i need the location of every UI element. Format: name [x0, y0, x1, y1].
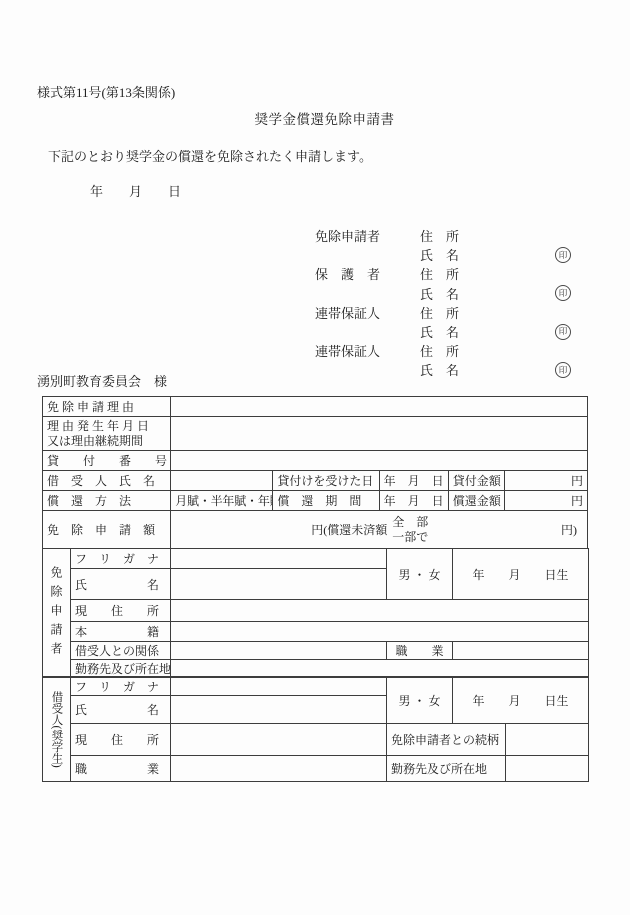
applicant-domicile-label: 本 籍 — [71, 622, 171, 642]
exemption-amount-suffix: 円) — [561, 521, 583, 538]
seal-char: 印 — [559, 251, 568, 260]
borrower-occupation-blank-cell — [171, 756, 387, 782]
signature-field-label: 氏 名 — [420, 322, 555, 341]
signature-field-label: 住 所 — [420, 264, 571, 283]
repayment-method-options: 月賦・半年賦・年賦 — [171, 491, 273, 511]
signature-field-label: 氏 名 — [420, 284, 555, 303]
applicant-name-blank-cell — [171, 569, 387, 600]
borrower-address-blank-cell — [171, 724, 387, 756]
applicant-birth-label: 年 月 日生 — [453, 549, 589, 600]
applicant-occupation-blank-cell — [453, 642, 589, 660]
borrower-address-label: 現 住 所 — [71, 724, 171, 756]
applicant-address-blank-cell — [171, 600, 589, 622]
borrower-relation-label: 免除申請者との続柄 — [387, 724, 506, 756]
reason-date-label-line1: 理 由 発 生 年 月 日 — [47, 419, 166, 434]
signature-row: 連帯保証人 住 所 — [315, 341, 571, 360]
exemption-amount-prefix: 円(償還未済額 — [311, 521, 387, 538]
signature-row: 氏 名 印 — [315, 284, 571, 303]
borrower-birth-label: 年 月 日生 — [453, 677, 589, 724]
signatory-label: 免除申請者 — [315, 226, 420, 245]
repayment-period-ymd: 年 月 日 — [379, 491, 448, 511]
applicant-address-label: 現 住 所 — [71, 600, 171, 622]
reason-date-label-line2: 又は理由継続期間 — [47, 434, 166, 449]
applicant-table: 免除申請者 フ リ ガ ナ 男 ・ 女 年 月 日生 氏 名 現 住 所 本 籍… — [42, 548, 589, 678]
reason-blank-cell — [171, 397, 588, 417]
repayment-method-label: 償 還 方 法 — [43, 491, 171, 511]
borrower-name-label: 借 受 人 氏 名 — [43, 471, 171, 491]
borrower-sex-label: 男 ・ 女 — [387, 677, 453, 724]
applicant-occupation-label: 職 業 — [387, 642, 453, 660]
exemption-amount-label: 免 除 申 請 額 — [43, 511, 171, 549]
applicant-furigana-blank-cell — [171, 549, 387, 569]
page-title: 奨学金償還免除申請書 — [42, 108, 607, 128]
exemption-scope-part: 一部で — [392, 530, 428, 544]
signature-block: 免除申請者 住 所 氏 名 印 保 護 者 住 所 氏 名 印 連帯保証人 住 … — [315, 226, 571, 380]
borrower-occupation-label: 職 業 — [71, 756, 171, 782]
borrower-name-label: 氏 名 — [71, 696, 171, 724]
summary-table: 免 除 申 請 理 由 理 由 発 生 年 月 日 又は理由継続期間 貸 付 番… — [42, 396, 588, 549]
signature-field-label: 氏 名 — [420, 245, 555, 264]
signature-row: 連帯保証人 住 所 — [315, 303, 571, 322]
signature-field-label: 住 所 — [420, 341, 571, 360]
form-number: 様式第11号(第13条関係) — [37, 82, 175, 101]
seal-icon: 印 — [555, 285, 571, 301]
borrower-vertical-label: 借受人(奨学生) — [43, 677, 71, 782]
repayment-amount-label: 償還金額 — [448, 491, 504, 511]
borrower-name-blank-cell — [171, 696, 387, 724]
borrower-table: 借受人(奨学生) フ リ ガ ナ 男 ・ 女 年 月 日生 氏 名 現 住 所 … — [42, 676, 589, 782]
seal-char: 印 — [559, 366, 568, 375]
loan-date-ymd: 年 月 日 — [379, 471, 448, 491]
applicant-workplace-blank-cell — [171, 660, 589, 678]
seal-icon: 印 — [555, 362, 571, 378]
applicant-workplace-label: 勤務先及び所在地 — [71, 660, 171, 678]
loan-number-blank-cell — [171, 451, 588, 471]
repayment-period-label: 償 還 期 間 — [273, 491, 379, 511]
exemption-amount-cell: 円(償還未済額 全 部 一部で 円) — [171, 511, 588, 549]
applicant-name-label: 氏 名 — [71, 569, 171, 600]
addressee: 湧別町教育委員会 様 — [37, 371, 167, 390]
date-line: 年 月 日 — [90, 181, 181, 200]
borrower-furigana-blank-cell — [171, 677, 387, 696]
borrower-workplace-blank-cell — [506, 756, 589, 782]
seal-char: 印 — [559, 327, 568, 336]
signature-row: 保 護 者 住 所 — [315, 264, 571, 283]
loan-amount-label: 貸付金額 — [448, 471, 504, 491]
intro-sentence: 下記のとおり奨学金の償還を免除されたく申請します。 — [48, 146, 372, 165]
borrower-furigana-label: フ リ ガ ナ — [71, 677, 171, 696]
seal-icon: 印 — [555, 247, 571, 263]
signature-row: 氏 名 印 — [315, 245, 571, 264]
applicant-relation-label: 借受人との関係 — [71, 642, 171, 660]
loan-amount-yen: 円 — [504, 471, 587, 491]
signature-field-label: 住 所 — [420, 303, 571, 322]
borrower-workplace-label: 勤務先及び所在地 — [387, 756, 506, 782]
signature-row: 氏 名 印 — [315, 360, 571, 379]
reason-date-blank-cell — [171, 417, 588, 451]
signature-row: 免除申請者 住 所 — [315, 226, 571, 245]
applicant-domicile-blank-cell — [171, 622, 589, 642]
signature-row: 氏 名 印 — [315, 322, 571, 341]
loan-number-label: 貸 付 番 号 — [43, 451, 171, 471]
applicant-sex-label: 男 ・ 女 — [387, 549, 453, 600]
applicant-vertical-label: 免除申請者 — [43, 549, 71, 678]
signatory-label: 保 護 者 — [315, 264, 420, 283]
signature-field-label: 氏 名 — [420, 360, 555, 379]
seal-icon: 印 — [555, 324, 571, 340]
signature-field-label: 住 所 — [420, 226, 571, 245]
reason-date-label: 理 由 発 生 年 月 日 又は理由継続期間 — [43, 417, 171, 451]
seal-char: 印 — [559, 289, 568, 298]
document-page: 様式第11号(第13条関係) 奨学金償還免除申請書 下記のとおり奨学金の償還を免… — [0, 0, 630, 915]
loan-date-label: 貸付けを受けた日 — [273, 471, 379, 491]
exemption-scope-all: 全 部 — [392, 515, 428, 529]
reason-label: 免 除 申 請 理 由 — [43, 397, 171, 417]
borrower-name-blank-cell — [171, 471, 273, 491]
signatory-label: 連帯保証人 — [315, 303, 420, 322]
repayment-amount-yen: 円 — [504, 491, 587, 511]
applicant-relation-blank-cell — [171, 642, 387, 660]
borrower-relation-blank-cell — [506, 724, 589, 756]
exemption-scope-options: 全 部 一部で — [392, 515, 428, 545]
applicant-furigana-label: フ リ ガ ナ — [71, 549, 171, 569]
signatory-label: 連帯保証人 — [315, 341, 420, 360]
